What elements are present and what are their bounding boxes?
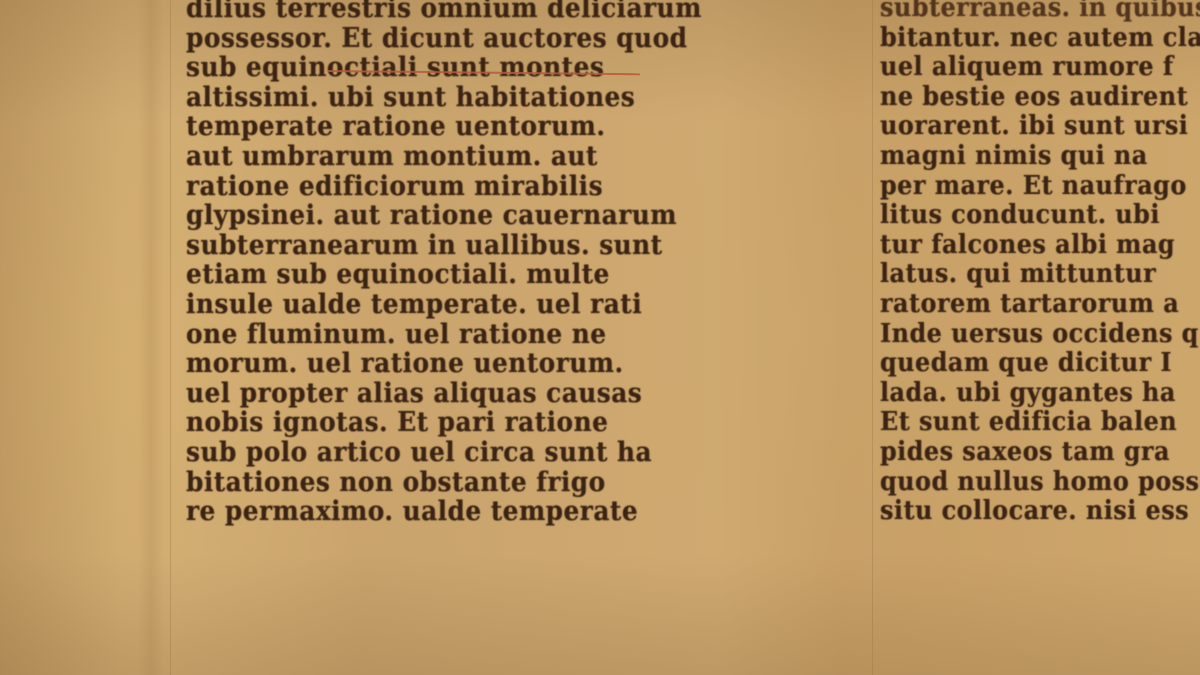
manuscript-line: insule ualde temperate. uel rati xyxy=(186,290,674,320)
manuscript-line: latus. qui mittuntur xyxy=(880,260,1200,290)
manuscript-line: subterraneas. in quibus xyxy=(880,0,1200,24)
manuscript-line: glypsinei. aut ratione cauernarum xyxy=(186,201,674,231)
manuscript-line: aut umbrarum montium. aut xyxy=(186,142,674,172)
manuscript-line: sub equinoctiali sunt montes xyxy=(186,53,674,83)
manuscript-line: ratione edificiorum mirabilis xyxy=(186,172,674,202)
manuscript-line: bitantur. nec autem cla xyxy=(880,24,1200,54)
manuscript-left-column: dilius terrestris omnium deliciarum poss… xyxy=(186,0,716,527)
manuscript-line: bitationes non obstante frigo xyxy=(186,468,674,498)
manuscript-line: pides saxeos tam gra xyxy=(880,438,1200,468)
manuscript-line: uel propter alias aliquas causas xyxy=(186,379,674,409)
manuscript-line: one fluminum. uel ratione ne xyxy=(186,320,674,350)
manuscript-line: morum. uel ratione uentorum. xyxy=(186,349,674,379)
left-margin-ruling xyxy=(170,0,171,675)
right-column-ruling xyxy=(872,0,873,675)
manuscript-line: subterranearum in uallibus. sunt xyxy=(186,231,674,261)
manuscript-line: ne bestie eos audirent xyxy=(880,83,1200,113)
page-fold-shadow xyxy=(138,0,164,675)
manuscript-line: re permaximo. ualde temperate xyxy=(186,497,674,527)
manuscript-line: quod nullus homo posse xyxy=(880,468,1200,498)
manuscript-line: altissimi. ubi sunt habitationes xyxy=(186,83,674,113)
manuscript-line: temperate ratione uentorum. xyxy=(186,112,674,142)
manuscript-line: lada. ubi gygantes ha xyxy=(880,379,1200,409)
manuscript-line: uorarent. ibi sunt ursi xyxy=(880,112,1200,142)
manuscript-line: nobis ignotas. Et pari ratione xyxy=(186,408,674,438)
manuscript-line: per mare. Et naufrago xyxy=(880,172,1200,202)
manuscript-line: situ collocare. nisi ess xyxy=(880,497,1200,527)
manuscript-line: uel aliquem rumore f xyxy=(880,53,1200,83)
manuscript-line: dilius terrestris omnium deliciarum xyxy=(186,0,674,24)
manuscript-line: magni nimis qui na xyxy=(880,142,1200,172)
manuscript-line: ratorem tartarorum a xyxy=(880,290,1200,320)
manuscript-line: sub polo artico uel circa sunt ha xyxy=(186,438,674,468)
manuscript-line: quedam que dicitur I xyxy=(880,349,1200,379)
manuscript-right-column: subterraneas. in quibus bitantur. nec au… xyxy=(880,0,1200,527)
manuscript-line: Et sunt edificia balen xyxy=(880,408,1200,438)
manuscript-line: possessor. Et dicunt auctores quod xyxy=(186,24,674,54)
manuscript-line: tur falcones albi mag xyxy=(880,231,1200,261)
manuscript-line: etiam sub equinoctiali. multe xyxy=(186,260,674,290)
manuscript-line: Inde uersus occidens q xyxy=(880,320,1200,350)
manuscript-line: litus conducunt. ubi xyxy=(880,201,1200,231)
